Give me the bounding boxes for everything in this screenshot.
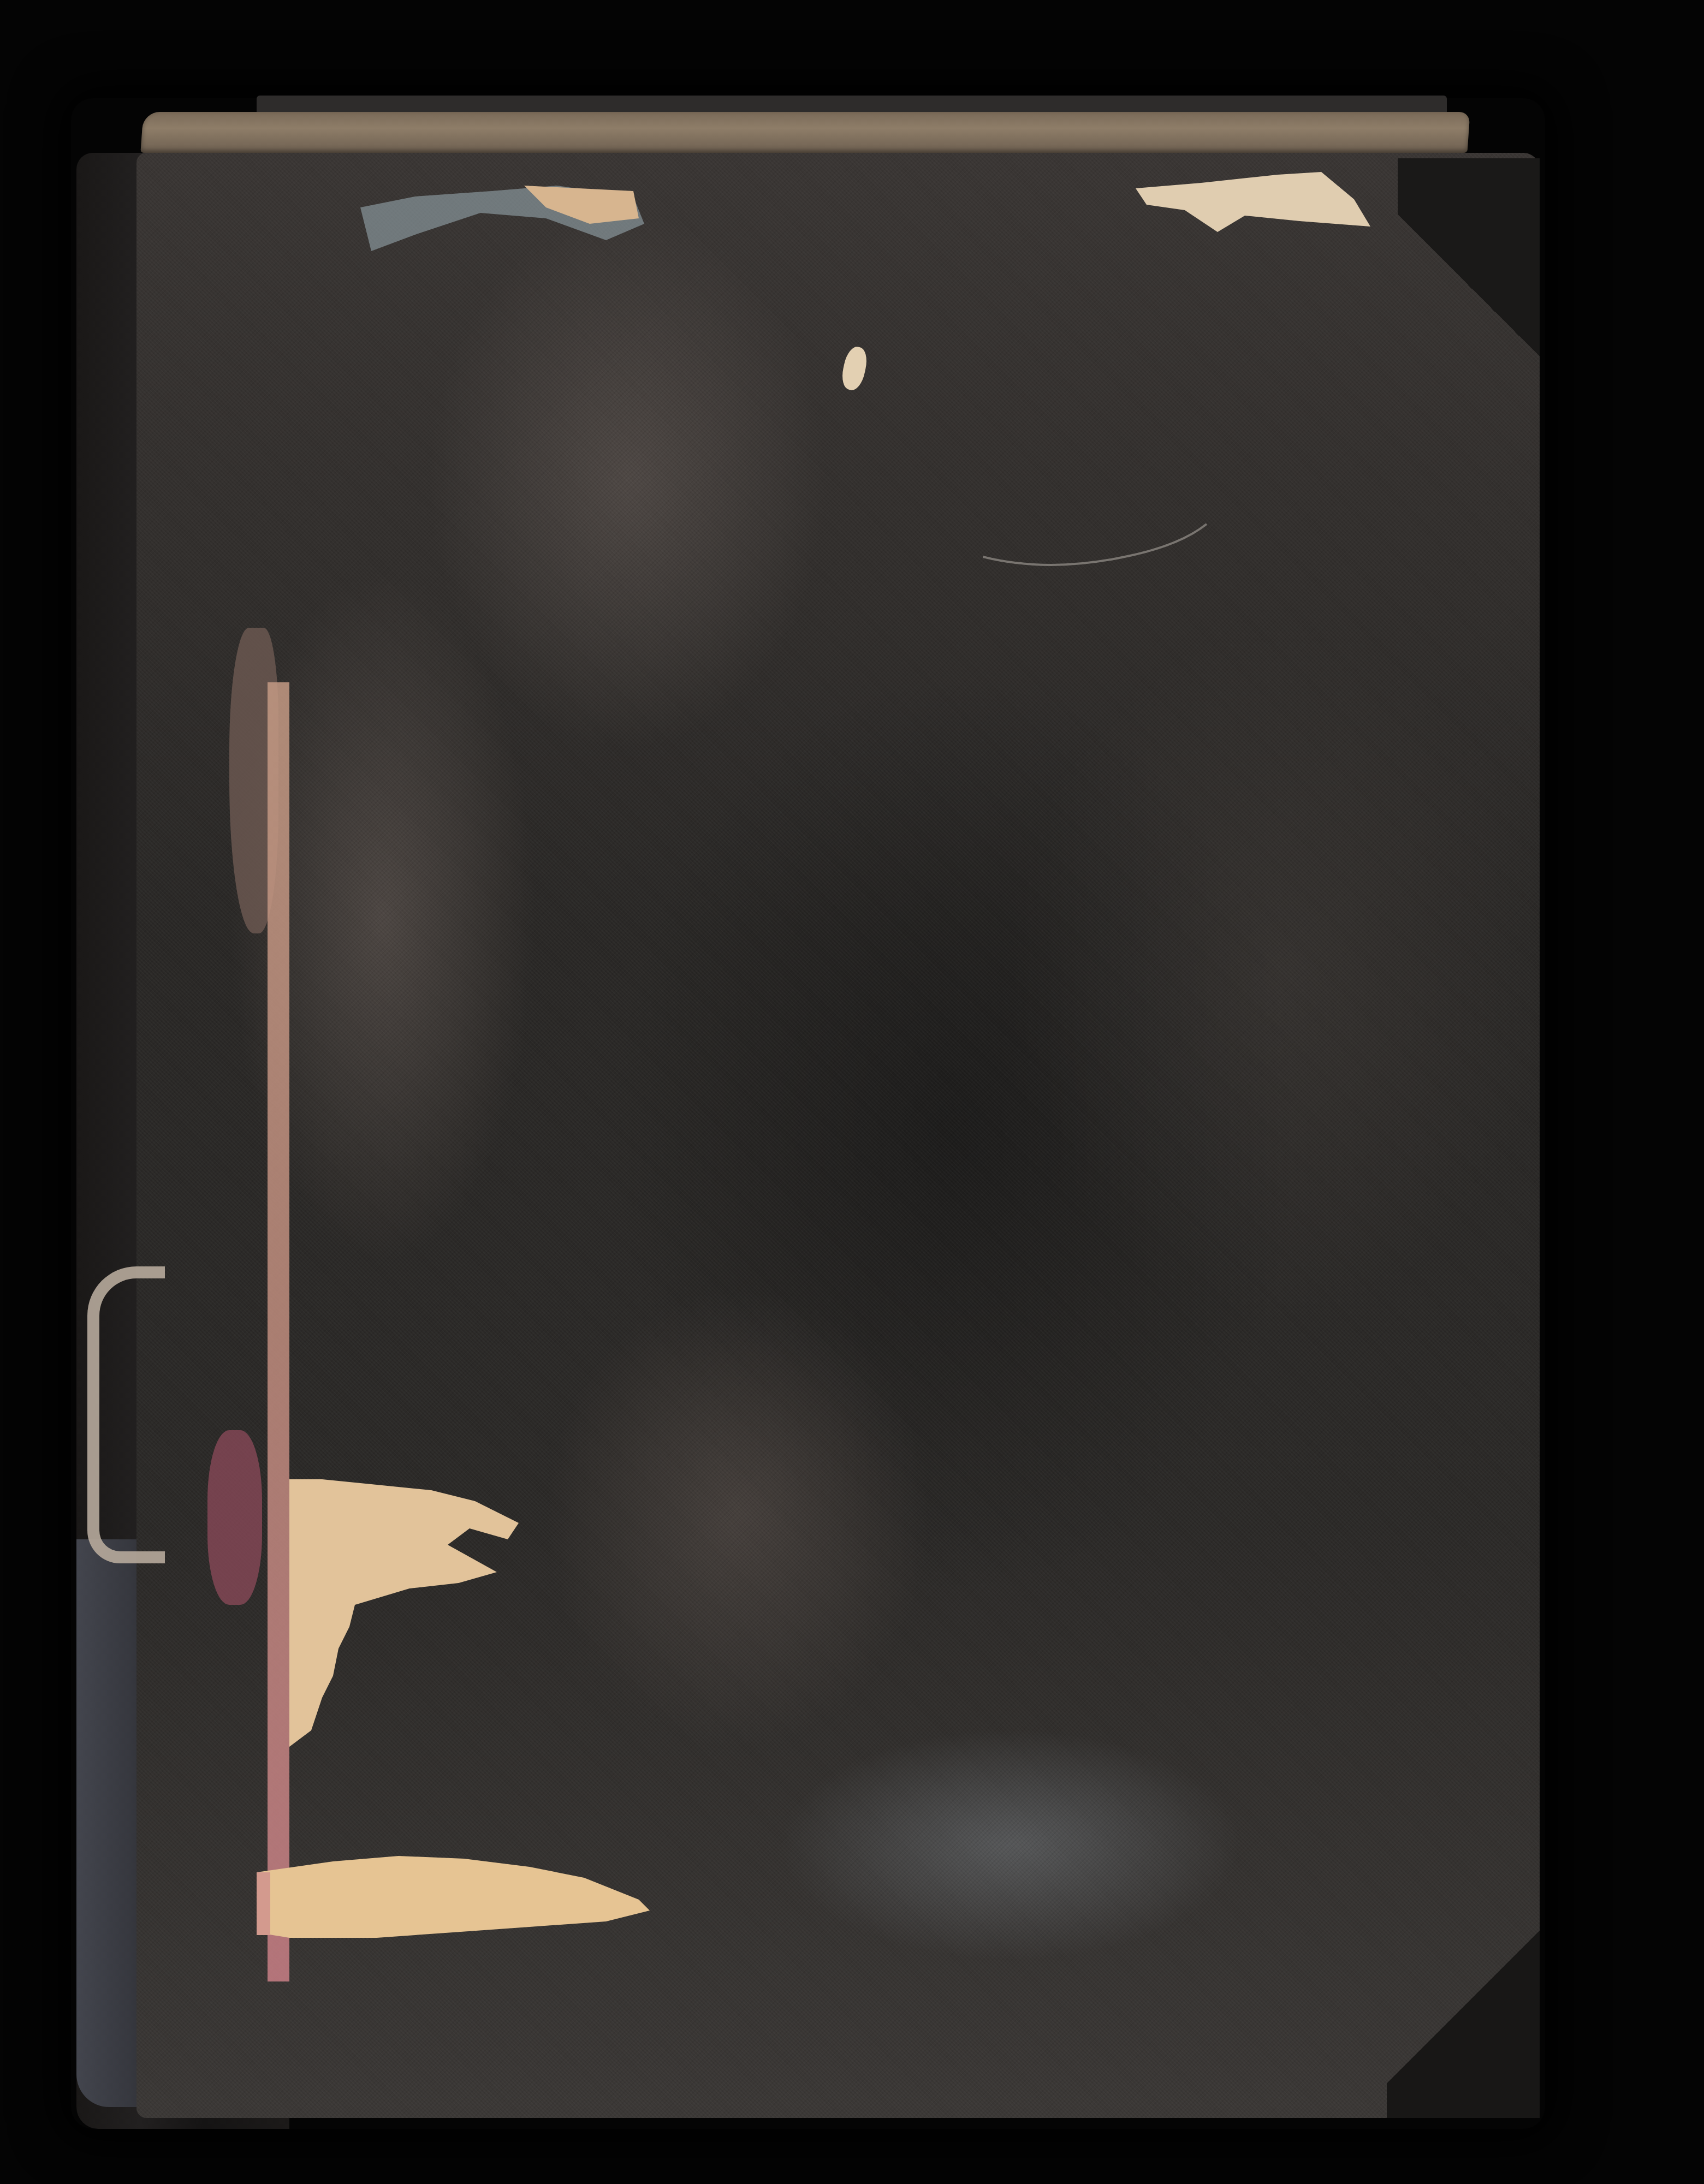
leather-corner-top-right (1398, 158, 1540, 377)
torn-patch-bottom-left (257, 1850, 650, 1938)
scratch-mark (983, 519, 1212, 573)
book-front-cover (136, 153, 1540, 2118)
detached-cloth-strip (87, 1266, 165, 1563)
pink-lining-strip (268, 682, 289, 1981)
torn-patch-upper-right (1136, 172, 1376, 232)
leather-corner-bottom-right (1387, 1911, 1540, 2118)
gilt-top-edge (140, 112, 1470, 153)
photo-background (0, 0, 1704, 2184)
torn-patch-upper-left (349, 175, 644, 262)
pink-stain (207, 1430, 262, 1605)
torn-patch-lower-left (289, 1479, 519, 1747)
